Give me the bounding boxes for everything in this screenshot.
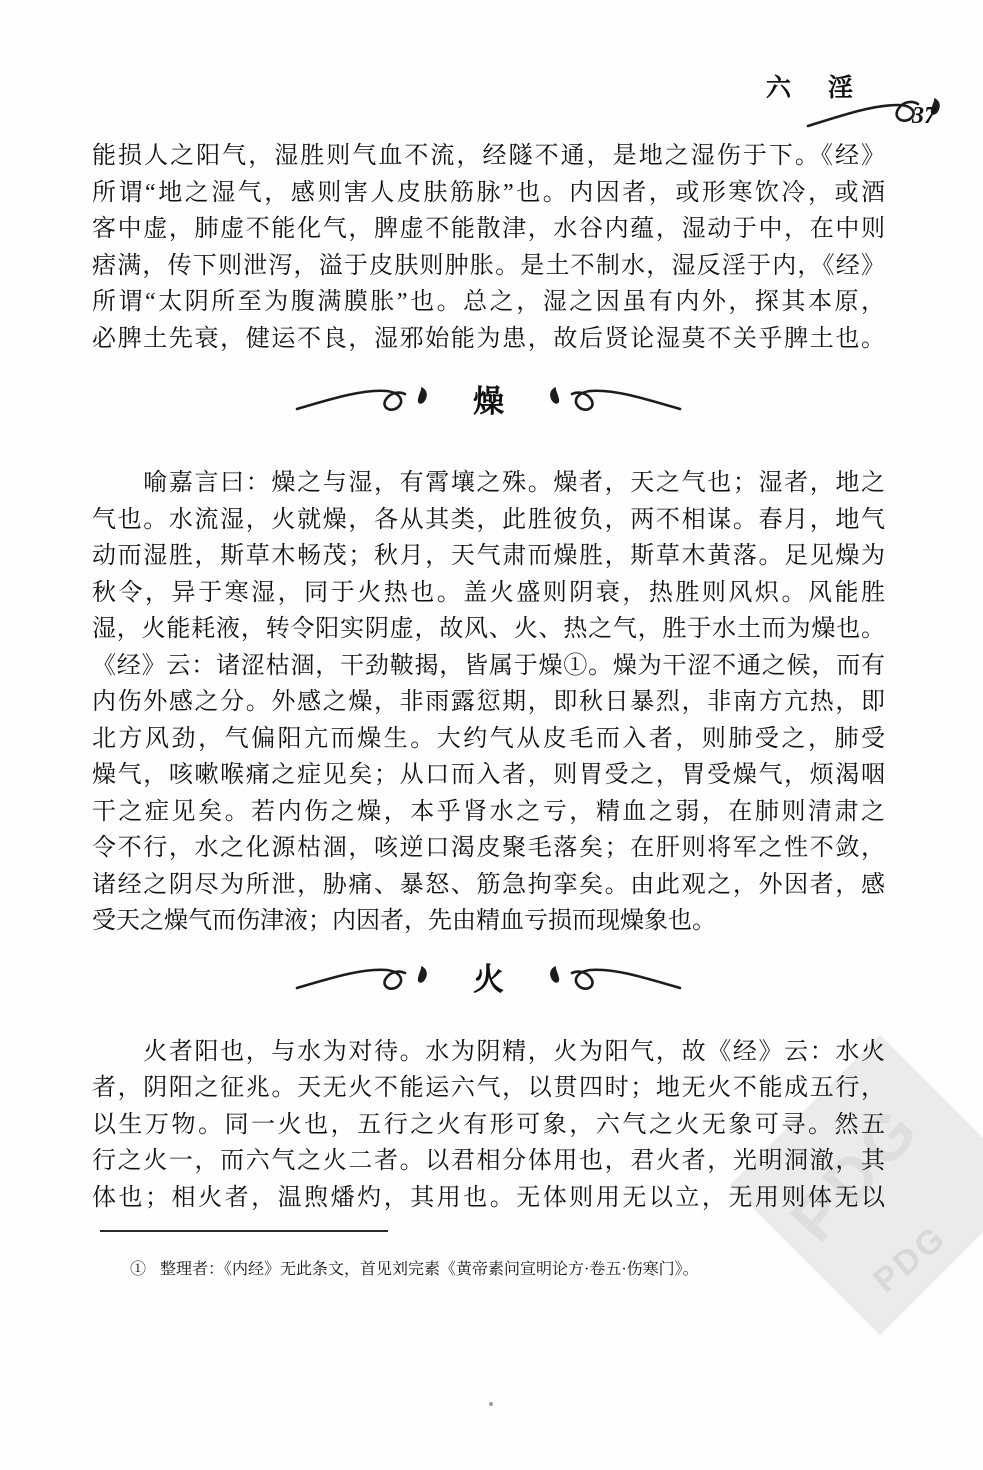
text-line: 者，阴阳之征兆。天无火不能运六气，以贯四时；地无火不能成五行， <box>92 1070 885 1107</box>
text-line: 客中虚，肺虚不能化气，脾虚不能散津，水谷内蕴，湿动于中，在中则 <box>92 211 885 248</box>
text-line: 令不行，水之化源枯涸，咳逆口渴皮聚毛落矣；在肝则将军之性不敛， <box>92 830 885 867</box>
text-line: 体也；相火者，温煦燔灼，其用也。无体则用无以立，无用则体无以 <box>92 1180 885 1217</box>
text-line: 受天之燥气而伤津液；内因者，先由精血亏损而现燥象也。 <box>92 903 885 940</box>
text-line: 能损人之阳气，湿胜则气血不流，经隧不通，是地之湿伤于下。《经》 <box>92 138 885 175</box>
footnote-marker: ① <box>130 1261 146 1278</box>
text-line: 火者阳也，与水为对待。水为阴精，火为阳气，故《经》云：水火 <box>92 1034 885 1071</box>
section-title-huo: 火 <box>471 964 506 995</box>
heading-flourish-right-icon <box>532 958 682 1002</box>
text-line: 以生万物。同一火也，五行之火有形可象，六气之火无象可寻。然五 <box>92 1107 885 1144</box>
text-line: 动而湿胜，斯草木畅茂；秋月，天气肃而燥胜，斯草木黄落。足见燥为 <box>92 538 885 575</box>
text-line: 行之火一，而六气之火二者。以君相分体用也，君火者，光明洞澈，其 <box>92 1143 885 1180</box>
text-line: 北方风劲，气偏阳亢而燥生。大约气从皮毛而入者，则肺受之，肺受 <box>92 721 885 758</box>
text-line: 所谓“太阴所至为腹满膜胀”也。总之，湿之因虽有内外，探其本原， <box>92 284 885 321</box>
text-line: 燥气，咳嗽喉痛之症见矣；从口而入者，则胃受之，胃受燥气，烦渴咽 <box>92 757 885 794</box>
page-number: 37 <box>912 103 936 130</box>
text-column: 能损人之阳气，湿胜则气血不流，经隧不通，是地之湿伤于下。《经》所谓“地之湿气，感… <box>92 0 885 1282</box>
footnote: ①整理者：《内经》无此条文，首见刘完素《黄帝素问宣明论方·卷五·伤寒门》。 <box>92 1258 885 1282</box>
paragraph-huo: 火者阳也，与水为对待。水为阴精，火为阳气，故《经》云：水火者，阴阳之征兆。天无火… <box>92 1034 885 1217</box>
scanned-book-page: PDG PDG 六 淫 37 能损人之阳气，湿胜则气血不流，经隧不通，是地之湿伤… <box>0 0 983 1470</box>
text-line: 干之症见矣。若内伤之燥，本乎肾水之亏，精血之弱，在肺则清肃之 <box>92 794 885 831</box>
text-line: 气也。水流湿，火就燥，各从其类，此胜彼负，两不相谋。春月，地气 <box>92 502 885 539</box>
heading-flourish-right-icon <box>532 379 682 423</box>
text-line: 痞满，传下则泄泻，溢于皮肤则肿胀。是土不制水，湿反淫于内，《经》 <box>92 248 885 285</box>
text-line: 必脾土先衰，健运不良，湿邪始能为患，故后贤论湿莫不关乎脾土也。 <box>92 321 885 358</box>
text-line: 所谓“地之湿气，感则害人皮肤筋脉”也。内因者，或形寒饮冷，或酒 <box>92 175 885 212</box>
heading-flourish-left-icon <box>295 379 445 423</box>
footnote-text: 整理者：《内经》无此条文，首见刘完素《黄帝素问宣明论方·卷五·伤寒门》。 <box>160 1261 699 1278</box>
footnote-rule <box>100 1230 388 1232</box>
text-line: 《经》云：诸涩枯涸，干劲鞁揭，皆属于燥①。燥为干涩不通之候，而有 <box>92 648 885 685</box>
section-heading-zao: 燥 <box>92 373 885 429</box>
text-line: 秋令，异于寒湿，同于火热也。盖火盛则阴衰，热胜则风炽。风能胜 <box>92 575 885 612</box>
text-line: 内伤外感之分。外感之燥，非雨露愆期，即秋日暴烈，非南方亢热，即 <box>92 684 885 721</box>
paragraph-shi-continued: 能损人之阳气，湿胜则气血不流，经隧不通，是地之湿伤于下。《经》所谓“地之湿气，感… <box>92 138 885 357</box>
paragraph-zao: 喻嘉言曰：燥之与湿，有霄壤之殊。燥者，天之气也；湿者，地之气也。水流湿，火就燥，… <box>92 465 885 940</box>
text-line: 湿，火能耗液，转令阳实阴虚，故风、火、热之气，胜于水土而为燥也。 <box>92 611 885 648</box>
section-title-zao: 燥 <box>471 386 506 417</box>
text-line: 诸经之阴尽为所泄，胁痛、暴怒、筋急拘挛矣。由此观之，外因者，感 <box>92 867 885 904</box>
section-heading-huo: 火 <box>92 952 885 1008</box>
heading-flourish-left-icon <box>295 958 445 1002</box>
scan-speck <box>489 1402 493 1406</box>
text-line: 喻嘉言曰：燥之与湿，有霄壤之殊。燥者，天之气也；湿者，地之 <box>92 465 885 502</box>
